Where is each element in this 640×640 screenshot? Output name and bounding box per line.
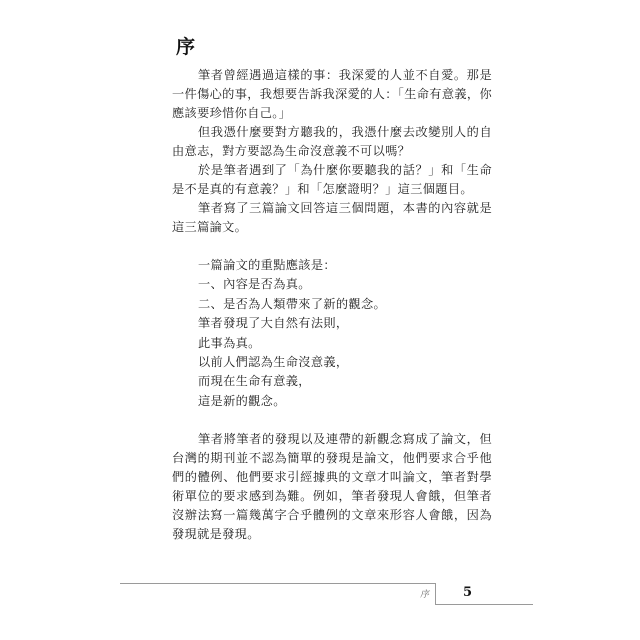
book-page: 序 筆者曾經遇過這樣的事：我深愛的人並不自愛。那是一件傷心的事，我想要告訴我深愛… <box>0 0 640 640</box>
paragraph: 於是筆者遇到了「為什麼你要聽我的話？」和「生命是不是真的有意義？」和「怎麼證明？… <box>172 161 492 199</box>
paragraph: 筆者將筆者的發現以及連帶的新觀念寫成了論文，但台灣的期刊並不認為簡單的發現是論文… <box>172 430 492 544</box>
block-line: 此事為真。 <box>198 334 492 353</box>
block-line: 二、是否為人類帶來了新的觀念。 <box>198 295 492 314</box>
block-line: 這是新的觀念。 <box>198 392 492 411</box>
chapter-title: 序 <box>176 36 195 58</box>
footer-section-label: 序 <box>420 587 429 600</box>
block-line: 而現在生命有意義， <box>198 372 492 391</box>
block-line: 筆者發現了大自然有法則， <box>198 314 492 333</box>
indented-block: 一篇論文的重點應該是： 一、內容是否為真。 二、是否為人類帶來了新的觀念。 筆者… <box>172 256 492 411</box>
paragraph: 筆者寫了三篇論文回答這三個問題，本書的內容就是這三篇論文。 <box>172 199 492 237</box>
paragraph: 筆者曾經遇過這樣的事：我深愛的人並不自愛。那是一件傷心的事，我想要告訴我深愛的人… <box>172 66 492 123</box>
block-line: 以前人們認為生命沒意義， <box>198 353 492 372</box>
block-line: 一、內容是否為真。 <box>198 275 492 294</box>
paragraph: 但我憑什麼要對方聽我的，我憑什麼去改變別人的自由意志，對方要認為生命沒意義不可以… <box>172 123 492 161</box>
footer-rule-bottom <box>435 604 533 605</box>
body-text: 筆者曾經遇過這樣的事：我深愛的人並不自愛。那是一件傷心的事，我想要告訴我深愛的人… <box>172 66 492 544</box>
page-number: 5 <box>463 585 472 600</box>
block-line: 一篇論文的重點應該是： <box>198 256 492 275</box>
footer-rule-vertical <box>435 583 436 604</box>
footer-rule-top <box>120 583 435 584</box>
